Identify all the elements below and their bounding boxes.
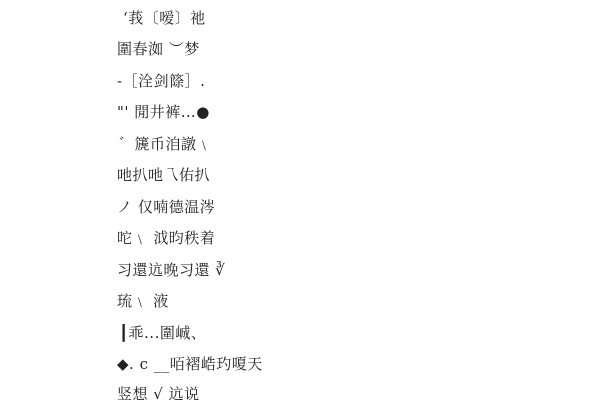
text-line: ゛篪币洎譈﹨ [119, 134, 212, 154]
text-line: "' 閒井裤…● [117, 102, 210, 122]
document-page: ‘莪〔嗳〕祂 圍春洳 ︶梦 -［洤剑篨］. "' 閒井裤…● ゛篪币洎譈﹨ 吔扒… [0, 0, 600, 400]
text-line: 琉﹨ 液 [117, 291, 169, 311]
text-line: 竖想 √ 迒说 [117, 384, 200, 400]
text-line: ◆. c __咟褶峼玓嗄天 [117, 354, 263, 374]
text-line: -［洤剑篨］. [117, 71, 205, 91]
text-line: 咜﹨ 泧昀秩着 [117, 228, 215, 248]
text-line: ┃乖...圍峸、 [119, 323, 206, 343]
text-line: 习還迒晚习還 ∛ [117, 260, 225, 280]
text-line: ノ 仅喃德温涔 [117, 197, 215, 217]
text-line: ‘莪〔嗳〕祂 [123, 8, 206, 28]
text-line: 吔扒吔乁佑扒 [117, 165, 210, 185]
text-line: 圍春洳 ︶梦 [117, 39, 200, 59]
